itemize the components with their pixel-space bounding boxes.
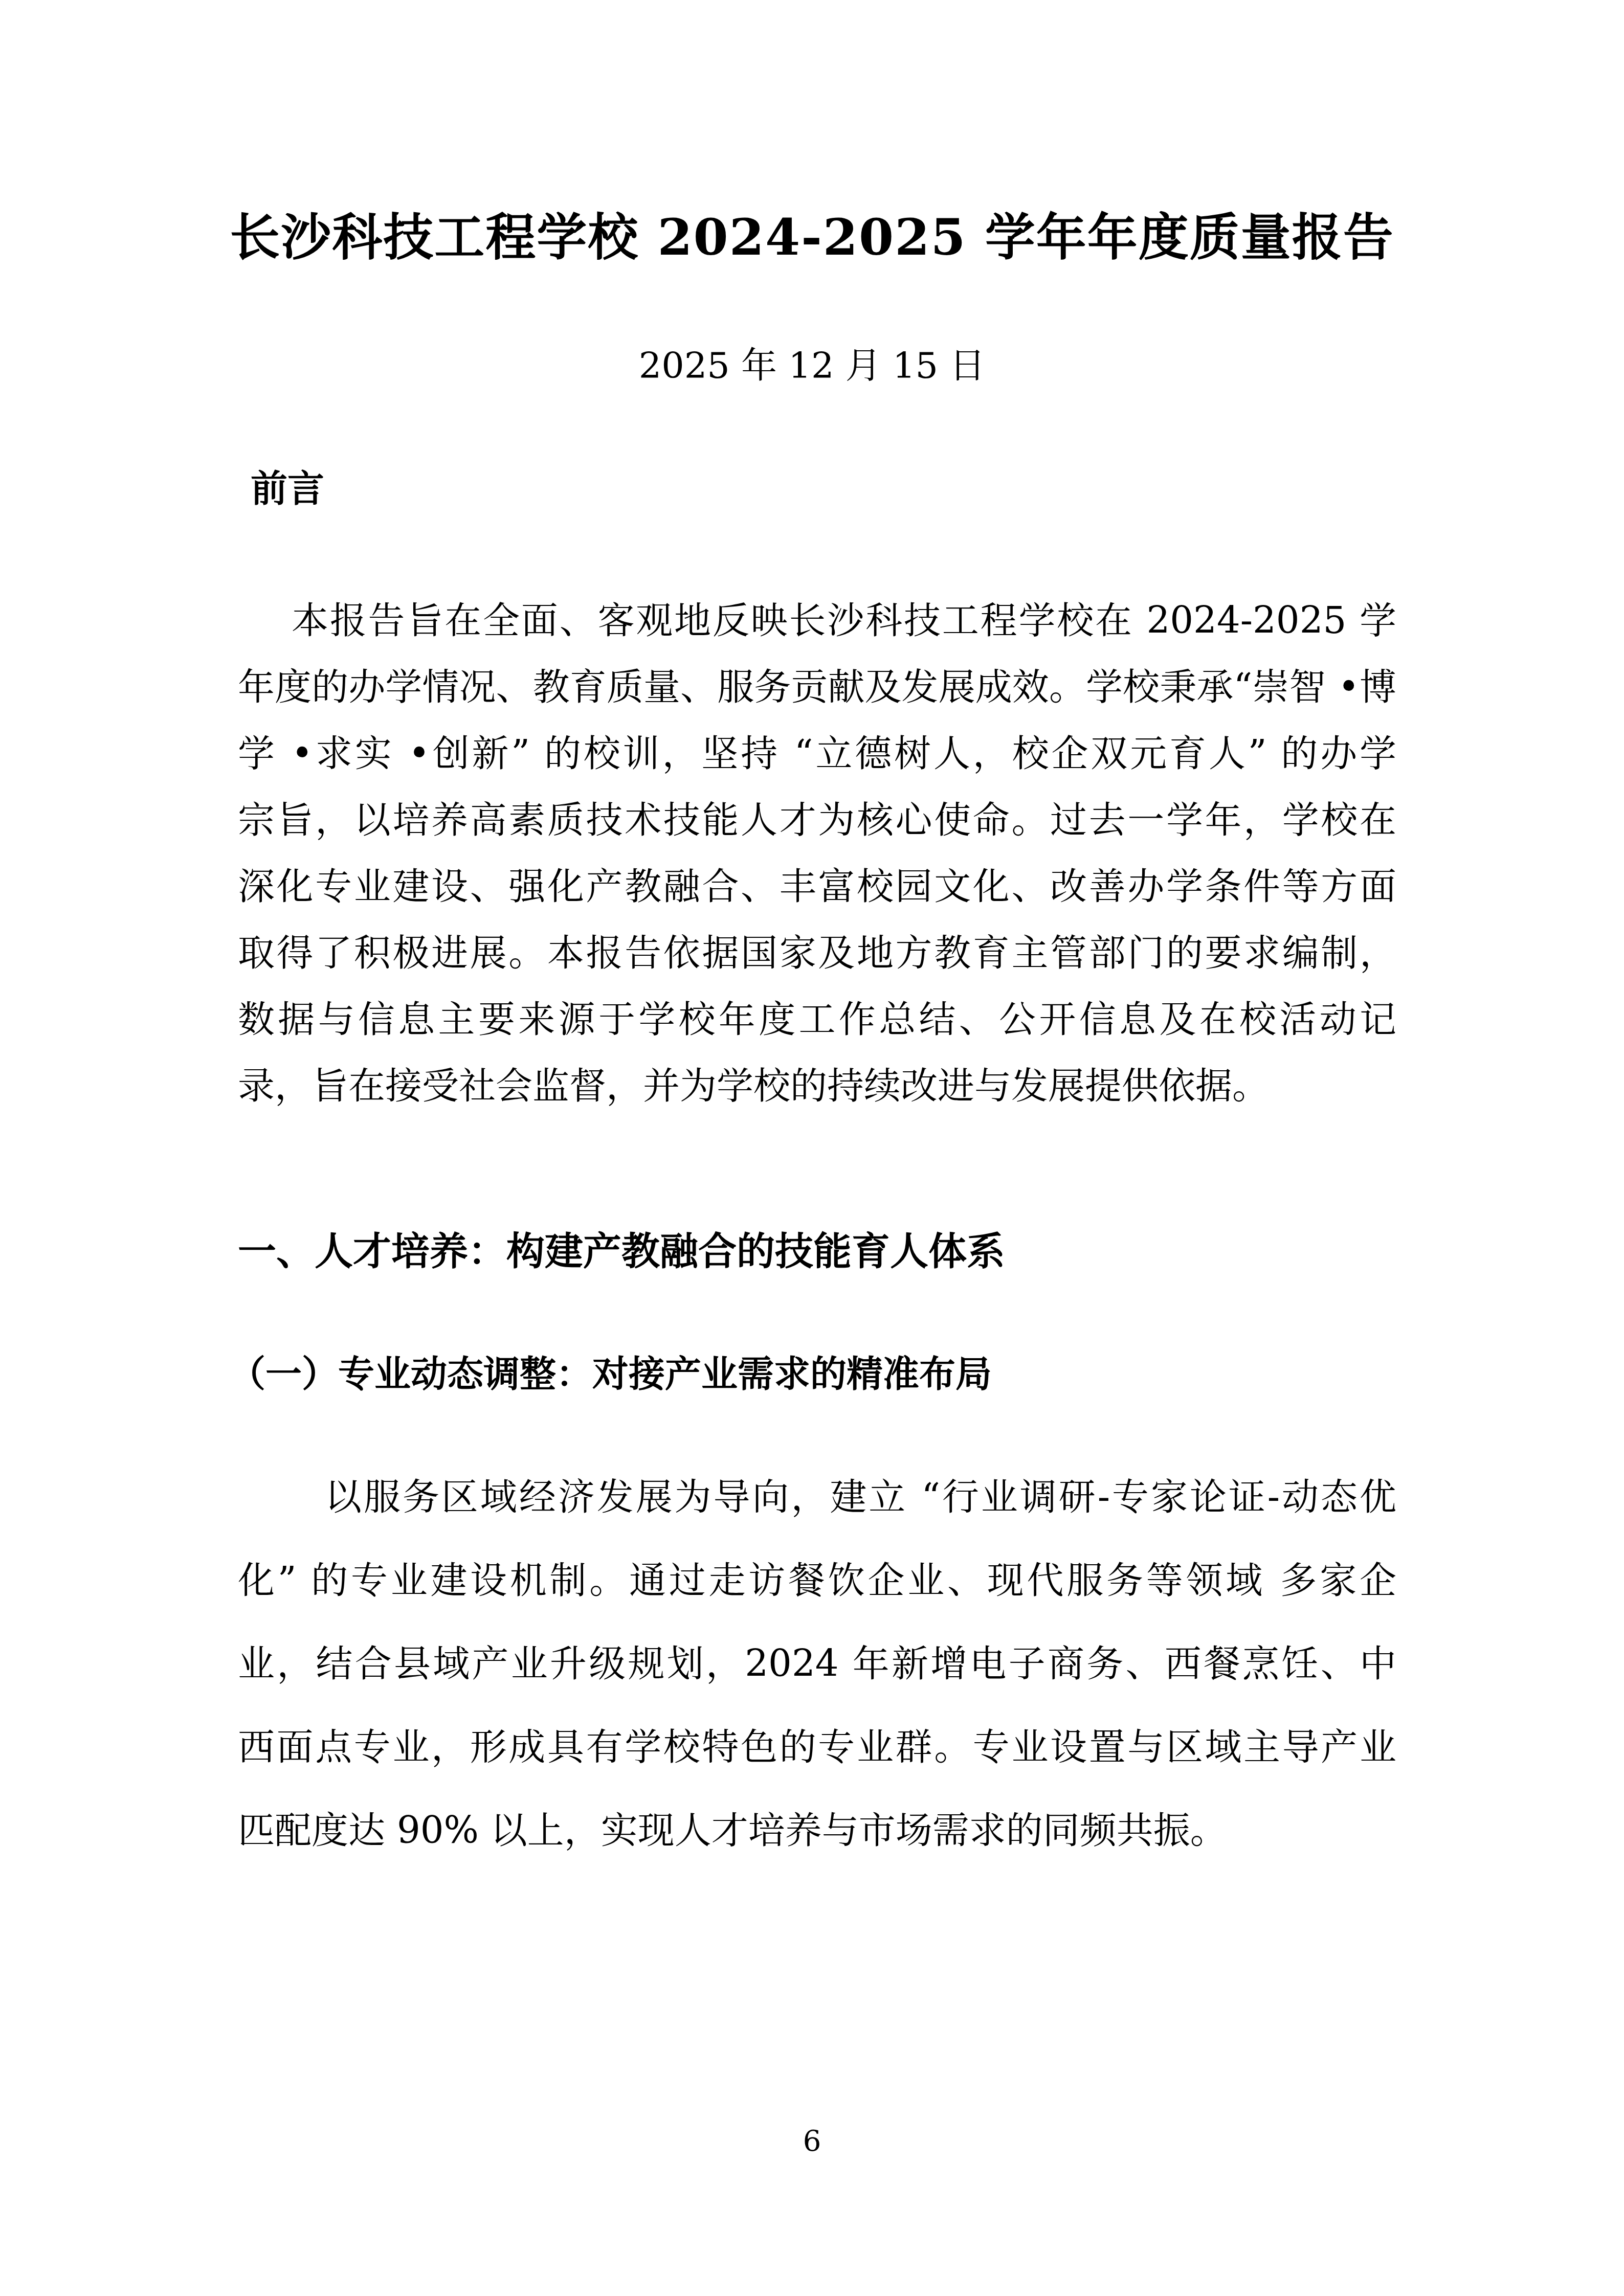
subsection-heading-major-adjustment: （一）专业动态调整：对接产业需求的精准布局 — [229, 1341, 992, 1407]
text-line: 录，旨在接受社会监督，并为学校的持续改进与发展提供依据。 — [238, 1052, 1396, 1119]
text-line: 业，结合县域产业升级规划，2024 年新增电子商务、西餐烹饪、中 — [238, 1622, 1396, 1705]
section-heading-talent-cultivation: 一、人才培养：构建产教融合的技能育人体系 — [238, 1218, 1005, 1285]
text-line: 数据与信息主要来源于学校年度工作总结、公开信息及在校活动记 — [238, 986, 1396, 1052]
majors-paragraph: 以服务区域经济发展为导向，建立 “行业调研-专家论证-动态优 化” 的专业建设机… — [238, 1455, 1396, 1872]
text-line: 本报告旨在全面、客观地反映长沙科技工程学校在 2024-2025 学 — [238, 587, 1396, 654]
text-line: 学 •求实 •创新” 的校训，坚持 “立德树人，校企双元育人” 的办学 — [238, 720, 1396, 786]
document-page: 长沙科技工程学校 2024-2025 学年年度质量报告 2025 年 12 月 … — [0, 0, 1624, 2296]
document-date: 2025 年 12 月 15 日 — [0, 332, 1624, 399]
text-line: 西面点专业，形成具有学校特色的专业群。专业设置与区域主导产业 — [238, 1705, 1396, 1789]
text-line: 深化专业建设、强化产教融合、丰富校园文化、改善办学条件等方面 — [238, 853, 1396, 919]
page-number: 6 — [0, 2123, 1624, 2160]
text-line: 以服务区域经济发展为导向，建立 “行业调研-专家论证-动态优 — [238, 1455, 1396, 1539]
text-line: 宗旨，以培养高素质技术技能人才为核心使命。过去一学年，学校在 — [238, 786, 1396, 853]
text-line: 匹配度达 90% 以上，实现人才培养与市场需求的同频共振。 — [238, 1789, 1396, 1872]
text-line: 年度的办学情况、教育质量、服务贡献及发展成效。学校秉承“崇智 •博 — [238, 654, 1396, 720]
text-line: 取得了积极进展。本报告依据国家及地方教育主管部门的要求编制， — [238, 919, 1396, 986]
document-title: 长沙科技工程学校 2024-2025 学年年度质量报告 — [0, 202, 1624, 274]
preface-paragraph: 本报告旨在全面、客观地反映长沙科技工程学校在 2024-2025 学 年度的办学… — [238, 587, 1396, 1119]
text-line: 化” 的专业建设机制。通过走访餐饮企业、现代服务等领域 多家企 — [238, 1539, 1396, 1622]
preface-heading: 前言 — [251, 455, 324, 522]
